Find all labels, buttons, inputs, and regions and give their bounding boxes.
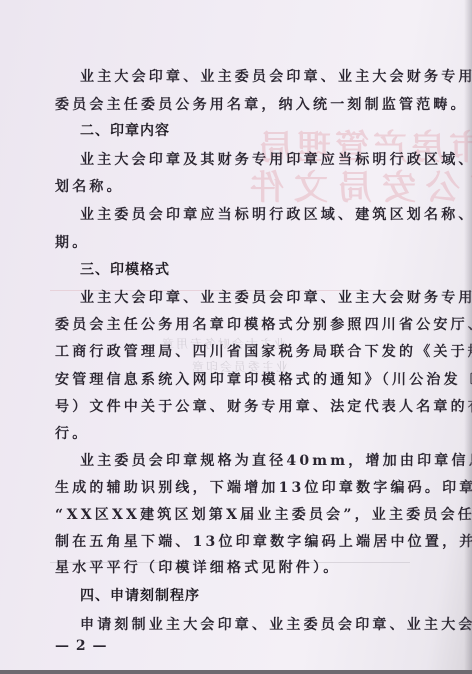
- document-page: 成都市房产管理局 成都市公安局文件 业主大会财务专用章 业主委员会印章 业主大会…: [0, 0, 472, 674]
- paragraph-line: 申请刻制业主大会印章、业主委员会印章、业主大会财务专用: [80, 617, 410, 633]
- paragraph-line: 安管理信息系统入网印章印模格式的通知》（川公治发〔2003〕55: [55, 372, 410, 388]
- paragraph-line: 星水平平行（印模详细格式见附件）。: [55, 560, 410, 576]
- paragraph-line: 生成的辅助识别线，下端增加13位印章数字编码。印章内容为: [55, 480, 410, 496]
- paragraph-line: 期。: [55, 235, 410, 251]
- paragraph-line: 业主委员会印章规格为直径40mm，增加由印章信息系统自动: [80, 453, 410, 469]
- paragraph-line: 业主大会印章及其财务专用印章应当标明行政区域、建筑区: [80, 152, 410, 168]
- paragraph-line: 委员会主任委员公务用名章，纳入统一刻制监管范畴。: [55, 97, 410, 113]
- section-heading-3: 三、印模格式: [80, 262, 410, 278]
- paragraph-line: 委员会主任公务用名章印模格式分别参照四川省公安厅、四川省: [55, 317, 410, 333]
- paragraph-line: “XX区XX建筑区划第X届业主委员会”，业主委员会任期时间刻: [55, 507, 410, 523]
- section-heading-2: 二、印章内容: [80, 123, 410, 139]
- scan-edge-shadow: [464, 0, 472, 674]
- paragraph-line: 划名称。: [55, 179, 410, 195]
- paragraph-line: 业主委员会印章应当标明行政区域、建筑区划名称、届次和任: [80, 207, 410, 223]
- page-number: — 2 —: [55, 638, 108, 654]
- paragraph-line: 行。: [55, 426, 410, 442]
- paragraph-line: 业主大会印章、业主委员会印章、业主大会财务专用章及业主: [80, 290, 410, 306]
- section-heading-4: 四、申请刻制程序: [80, 588, 410, 604]
- paragraph-line: 制在五角星下端、13位印章数字编码上端居中位置，并与五角星: [55, 534, 410, 550]
- paragraph-line: 号）文件中关于公章、财务专用章、法定代表人名章的有关规定执: [55, 399, 410, 415]
- scan-bottom-edge: [0, 670, 472, 674]
- paragraph-line: 工商行政管理局、四川省国家税务局联合下发的《关于规范印章治: [55, 344, 410, 360]
- paragraph-line: 业主大会印章、业主委员会印章、业主大会财务专用章及业主: [80, 69, 410, 85]
